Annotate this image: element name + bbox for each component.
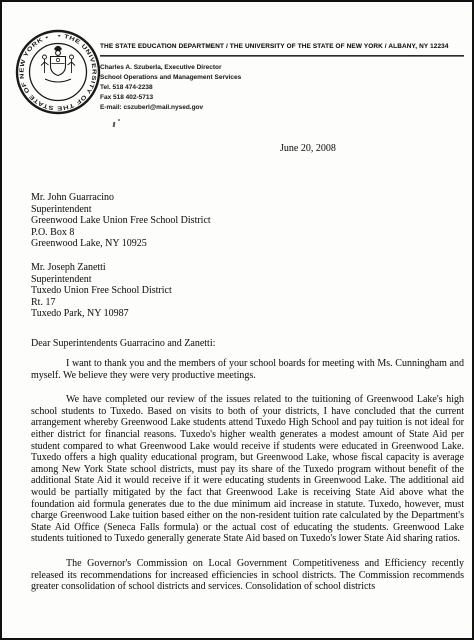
svg-text:• THE UNIVERSITY OF THE STATE: • THE UNIVERSITY OF THE STATE OF NEW YOR… bbox=[19, 33, 96, 110]
contact-tel: Tel. 518 474-2238 bbox=[100, 83, 466, 93]
recipient-line: P.O. Box 8 bbox=[31, 227, 211, 239]
paragraph-tuition-review: We have completed our review of the issu… bbox=[31, 394, 464, 545]
recipient-line: Tuxedo Park, NY 10987 bbox=[31, 308, 172, 320]
recipient-line: Mr. Joseph Zanetti bbox=[31, 262, 172, 274]
contact-email: E-mail: cszuberl@mail.nysed.gov bbox=[100, 103, 466, 113]
letter-date: June 20, 2008 bbox=[280, 143, 336, 154]
letterhead-title: THE STATE EDUCATION DEPARTMENT / THE UNI… bbox=[100, 42, 466, 51]
contact-name-title: Charles A. Szuberla, Executive Director bbox=[100, 63, 466, 73]
recipient-line: Rt. 17 bbox=[31, 297, 172, 309]
recipient-line: Superintendent bbox=[31, 274, 172, 286]
paragraph-governors-commission: The Governor's Commission on Local Gover… bbox=[31, 558, 464, 593]
recipient-address-zanetti: Mr. Joseph Zanetti Superintendent Tuxedo… bbox=[31, 262, 172, 320]
contact-office: School Operations and Management Service… bbox=[100, 73, 466, 83]
state-seal-icon: • THE UNIVERSITY OF THE STATE OF NEW YOR… bbox=[15, 29, 101, 115]
recipient-line: Superintendent bbox=[31, 204, 211, 216]
coat-of-arms-icon bbox=[41, 46, 75, 82]
salutation: Dear Superintendents Guarracino and Zane… bbox=[31, 338, 215, 349]
recipient-line: Greenwood Lake, NY 10925 bbox=[31, 238, 211, 250]
contact-fax: Fax 518 402-5713 bbox=[100, 93, 466, 103]
paragraph-thanks: I want to thank you and the members of y… bbox=[31, 358, 464, 381]
recipient-line: Mr. John Guarracino bbox=[31, 192, 211, 204]
recipient-line: Tuxedo Union Free School District bbox=[31, 285, 172, 297]
letterhead: THE STATE EDUCATION DEPARTMENT / THE UNI… bbox=[100, 42, 466, 113]
scan-artifact bbox=[118, 119, 120, 121]
scanned-letter-page: • THE UNIVERSITY OF THE STATE OF NEW YOR… bbox=[0, 0, 474, 640]
recipient-line: Greenwood Lake Union Free School Distric… bbox=[31, 215, 211, 227]
scan-artifact bbox=[113, 122, 116, 127]
recipient-address-guarracino: Mr. John Guarracino Superintendent Green… bbox=[31, 192, 211, 250]
letterhead-divider bbox=[100, 55, 464, 57]
letter-body: I want to thank you and the members of y… bbox=[31, 358, 464, 593]
letterhead-contact-block: Charles A. Szuberla, Executive Director … bbox=[100, 63, 466, 113]
